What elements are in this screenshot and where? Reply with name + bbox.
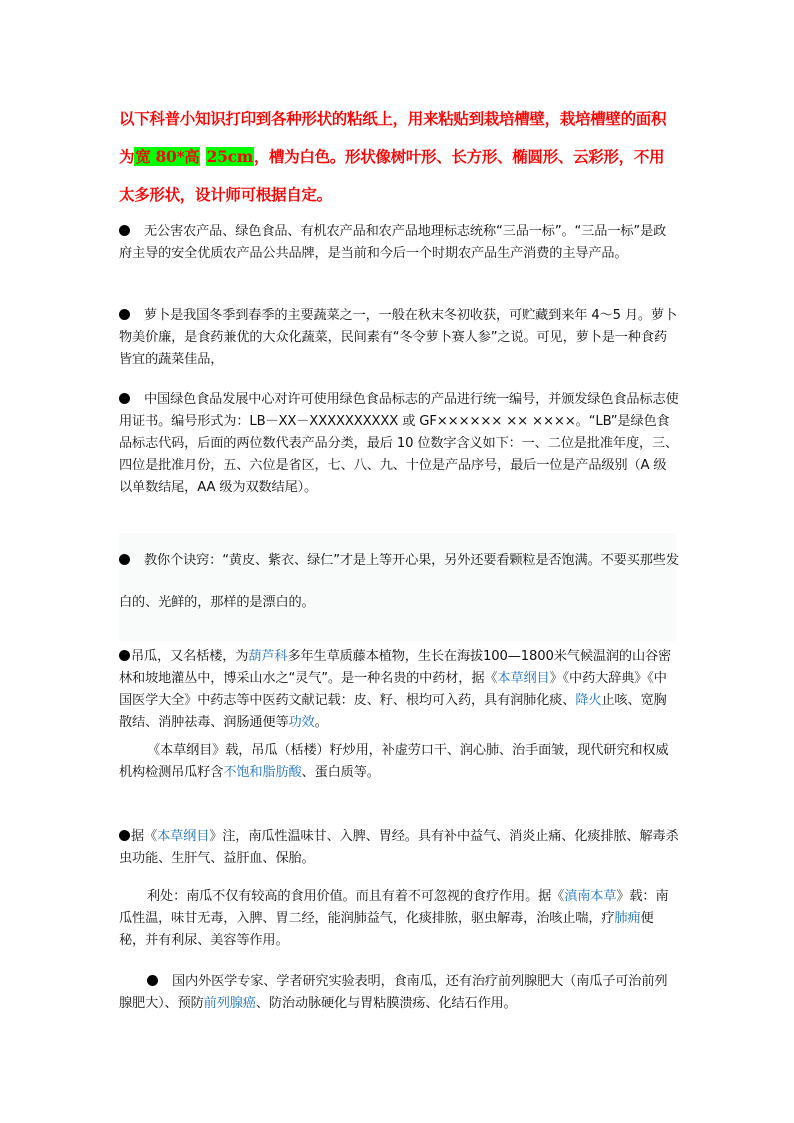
inline-link[interactable]: 本草纲目 (497, 671, 549, 686)
paragraph-text: 教你个诀窍：“黄皮、紫衣、绿仁”才是上等开心果，另外还要看颗粒是否饱满。不要买那… (119, 553, 679, 610)
segment-container: 国内外医学专家、学者研究实验表明，食南瓜，还有治疗前列腺肥大（南瓜子可治前列腺肥… (119, 974, 667, 1011)
paragraph-text: 。 (315, 715, 328, 730)
bullet-icon (119, 309, 130, 320)
inline-link[interactable]: 滇南本草 (564, 889, 616, 904)
paragraph-text: 吊瓜，又名栝楼，为 (131, 649, 248, 664)
paragraph-nangua-prostate: 国内外医学专家、学者研究实验表明，食南瓜，还有治疗前列腺肥大（南瓜子可治前列腺肥… (119, 971, 679, 1015)
size-highlight-width-height: 宽 80*高 (134, 147, 200, 166)
paragraph-luobo: 萝卜是我国冬季到春季的主要蔬菜之一，一般在秋末冬初收获，可贮藏到来年 4～5 月… (119, 305, 679, 371)
segment-container: 《本草纲目》载，吊瓜（栝楼）籽炒用，补虚劳口干、润心肺、治手面皱，现代研究和权威… (119, 743, 669, 780)
inline-link[interactable]: 功效 (289, 715, 315, 730)
paragraph-text: 据《 (131, 829, 157, 844)
size-highlight-length: 25cm (206, 147, 254, 166)
paragraph-text: 、蛋白质等。 (302, 765, 380, 780)
paragraph-diaogua-intro: 吊瓜，又名栝楼，为葫芦科多年生草质藤本植物，生长在海拔100—1800米气候温润… (119, 646, 679, 734)
bullet-icon (119, 225, 130, 236)
inline-link[interactable]: 本草纲目 (157, 829, 209, 844)
paragraph-text: 、防治动脉硬化与胃粘膜溃疡、化结石作用。 (256, 996, 517, 1011)
bullet-icon (119, 830, 130, 841)
notice-text-after: ，槽为白色。形状像树叶形、长方形、椭圆形、云彩形，不用太多形状，设计师可根据自定… (119, 147, 664, 204)
paragraph-text: 中国绿色食品发展中心对许可使用绿色食品标志的产品进行统一编号，并颁发绿色食品标志… (119, 392, 679, 495)
inline-link[interactable]: 肺痈 (614, 911, 640, 926)
paragraph-text: 萝卜是我国冬季到春季的主要蔬菜之一，一般在秋末冬初收获，可贮藏到来年 4～5 月… (119, 308, 677, 367)
inline-link[interactable]: 降火 (575, 693, 601, 708)
bullet-icon (147, 975, 158, 986)
bullet-icon (119, 650, 130, 661)
paragraph-nangua-bencao: 据《本草纲目》注，南瓜性温味甘、入脾、胃经。具有补中益气、消炎止痛、化痰排脓、解… (119, 826, 679, 870)
segment-container: 利处：南瓜不仅有较高的食用价值。而且有着不可忽视的食疗作用。据《滇南本草》载：南… (119, 889, 669, 948)
paragraph-sanpin-yibiao: 无公害农产品、绿色食品、有机农产品和农产品地理标志统称“三品一标”。“三品一标”… (119, 221, 679, 265)
paragraph-text: 《本草纲目》载，吊瓜（栝楼）籽炒用，补虚劳口干、润心肺、治手面皱，现代研究和权威… (119, 743, 669, 780)
paragraph-nangua-benefits: 利处：南瓜不仅有较高的食用价值。而且有着不可忽视的食疗作用。据《滇南本草》载：南… (119, 886, 679, 952)
paragraph-diaogua-seed: 《本草纲目》载，吊瓜（栝楼）籽炒用，补虚劳口干、润心肺、治手面皱，现代研究和权威… (119, 740, 679, 784)
paragraph-text: 利处：南瓜不仅有较高的食用价值。而且有着不可忽视的食疗作用。据《 (147, 889, 564, 904)
inline-link[interactable]: 前列腺癌 (204, 996, 256, 1011)
paragraph-pistachio-tip: 教你个诀窍：“黄皮、紫衣、绿仁”才是上等开心果，另外还要看颗粒是否饱满。不要买那… (119, 540, 679, 624)
bullet-icon (119, 393, 130, 404)
inline-link[interactable]: 葫芦科 (248, 649, 287, 664)
paragraph-green-food-code: 中国绿色食品发展中心对许可使用绿色食品标志的产品进行统一编号，并颁发绿色食品标志… (119, 389, 679, 499)
segment-container: 据《本草纲目》注，南瓜性温味甘、入脾、胃经。具有补中益气、消炎止痛、化痰排脓、解… (119, 829, 679, 866)
print-instruction-notice: 以下科普小知识打印到各种形状的粘纸上，用来粘贴到栽培槽壁，栽培槽壁的面积为宽 8… (119, 100, 679, 214)
bullet-icon (119, 554, 130, 565)
segment-container: 吊瓜，又名栝楼，为葫芦科多年生草质藤本植物，生长在海拔100—1800米气候温润… (119, 649, 671, 730)
paragraph-text: 无公害农产品、绿色食品、有机农产品和农产品地理标志统称“三品一标”。“三品一标”… (119, 224, 666, 261)
inline-link[interactable]: 不饱和脂肪酸 (223, 765, 301, 780)
